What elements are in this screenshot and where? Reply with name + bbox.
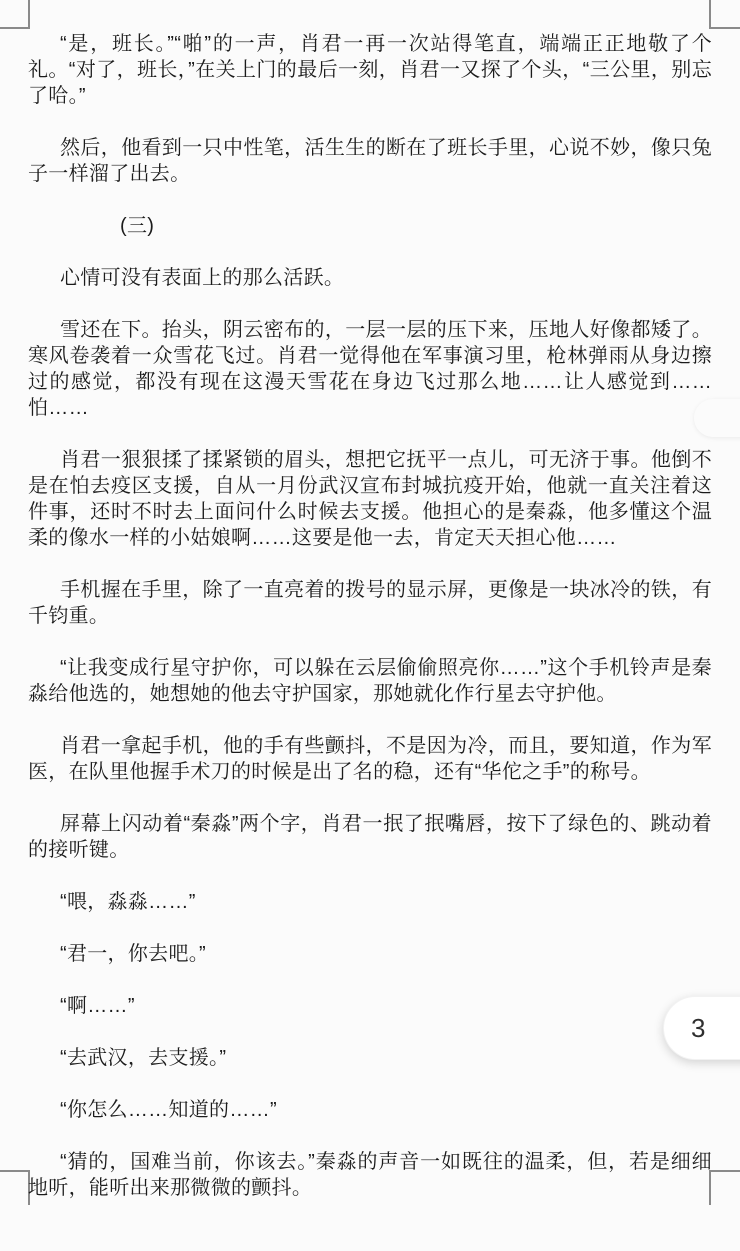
paragraph: “让我变成行星守护你，可以躲在云层偷偷照亮你……”这个手机铃声是秦淼给他选的，她… (28, 655, 712, 707)
dialog-line: “去武汉，去支援。” (28, 1045, 712, 1071)
paragraph: “是，班长。”“啪”的一声，肖君一再一次站得笔直，端端正正地敬了个礼。“对了，班… (28, 31, 712, 109)
text-boundary-mark-bottom-left (0, 1170, 30, 1205)
paragraph: 然后，他看到一只中性笔，活生生的断在了班长手里，心说不妙，像只兔子一样溜了出去。 (28, 135, 712, 187)
paragraph: 雪还在下。抬头，阴云密布的，一层一层的压下来，压地人好像都矮了。寒风卷袭着一众雪… (28, 317, 712, 421)
paragraph: 屏幕上闪动着“秦淼”两个字，肖君一抿了抿嘴唇，按下了绿色的、跳动着的接听键。 (28, 811, 712, 863)
page-number-label: 3 (691, 1013, 705, 1044)
text-boundary-mark-bottom-right (709, 1170, 740, 1205)
paragraph: 手机握在手里，除了一直亮着的拨号的显示屏，更像是一块冰冷的铁，有千钧重。 (28, 577, 712, 629)
text-boundary-mark-top-right (709, 0, 740, 29)
dialog-line: “喂，淼淼……” (28, 889, 712, 915)
paragraph: 肖君一狠狠揉了揉紧锁的眉头，想把它抚平一点儿，可无济于事。他倒不是在怕去疫区支援… (28, 447, 712, 551)
dialog-line: “啊……” (28, 993, 712, 1019)
paragraph: 肖君一拿起手机，他的手有些颤抖，不是因为冷，而且，要知道，作为军医，在队里他握手… (28, 733, 712, 785)
text-boundary-mark-top-left (0, 0, 30, 29)
dialog-line: “君一，你去吧。” (28, 941, 712, 967)
ghost-page-pill (694, 399, 740, 437)
document-text: “是，班长。”“啪”的一声，肖君一再一次站得笔直，端端正正地敬了个礼。“对了，班… (28, 31, 712, 1227)
paragraph: 心情可没有表面上的那么活跃。 (28, 265, 712, 291)
page-number-pill[interactable]: 3 (663, 996, 740, 1060)
section-marker: (三) (28, 213, 712, 239)
dialog-line: “你怎么……知道的……” (28, 1097, 712, 1123)
paragraph: “猜的，国难当前，你该去。”秦淼的声音一如既往的温柔，但，若是细细地听，能听出来… (28, 1149, 712, 1201)
